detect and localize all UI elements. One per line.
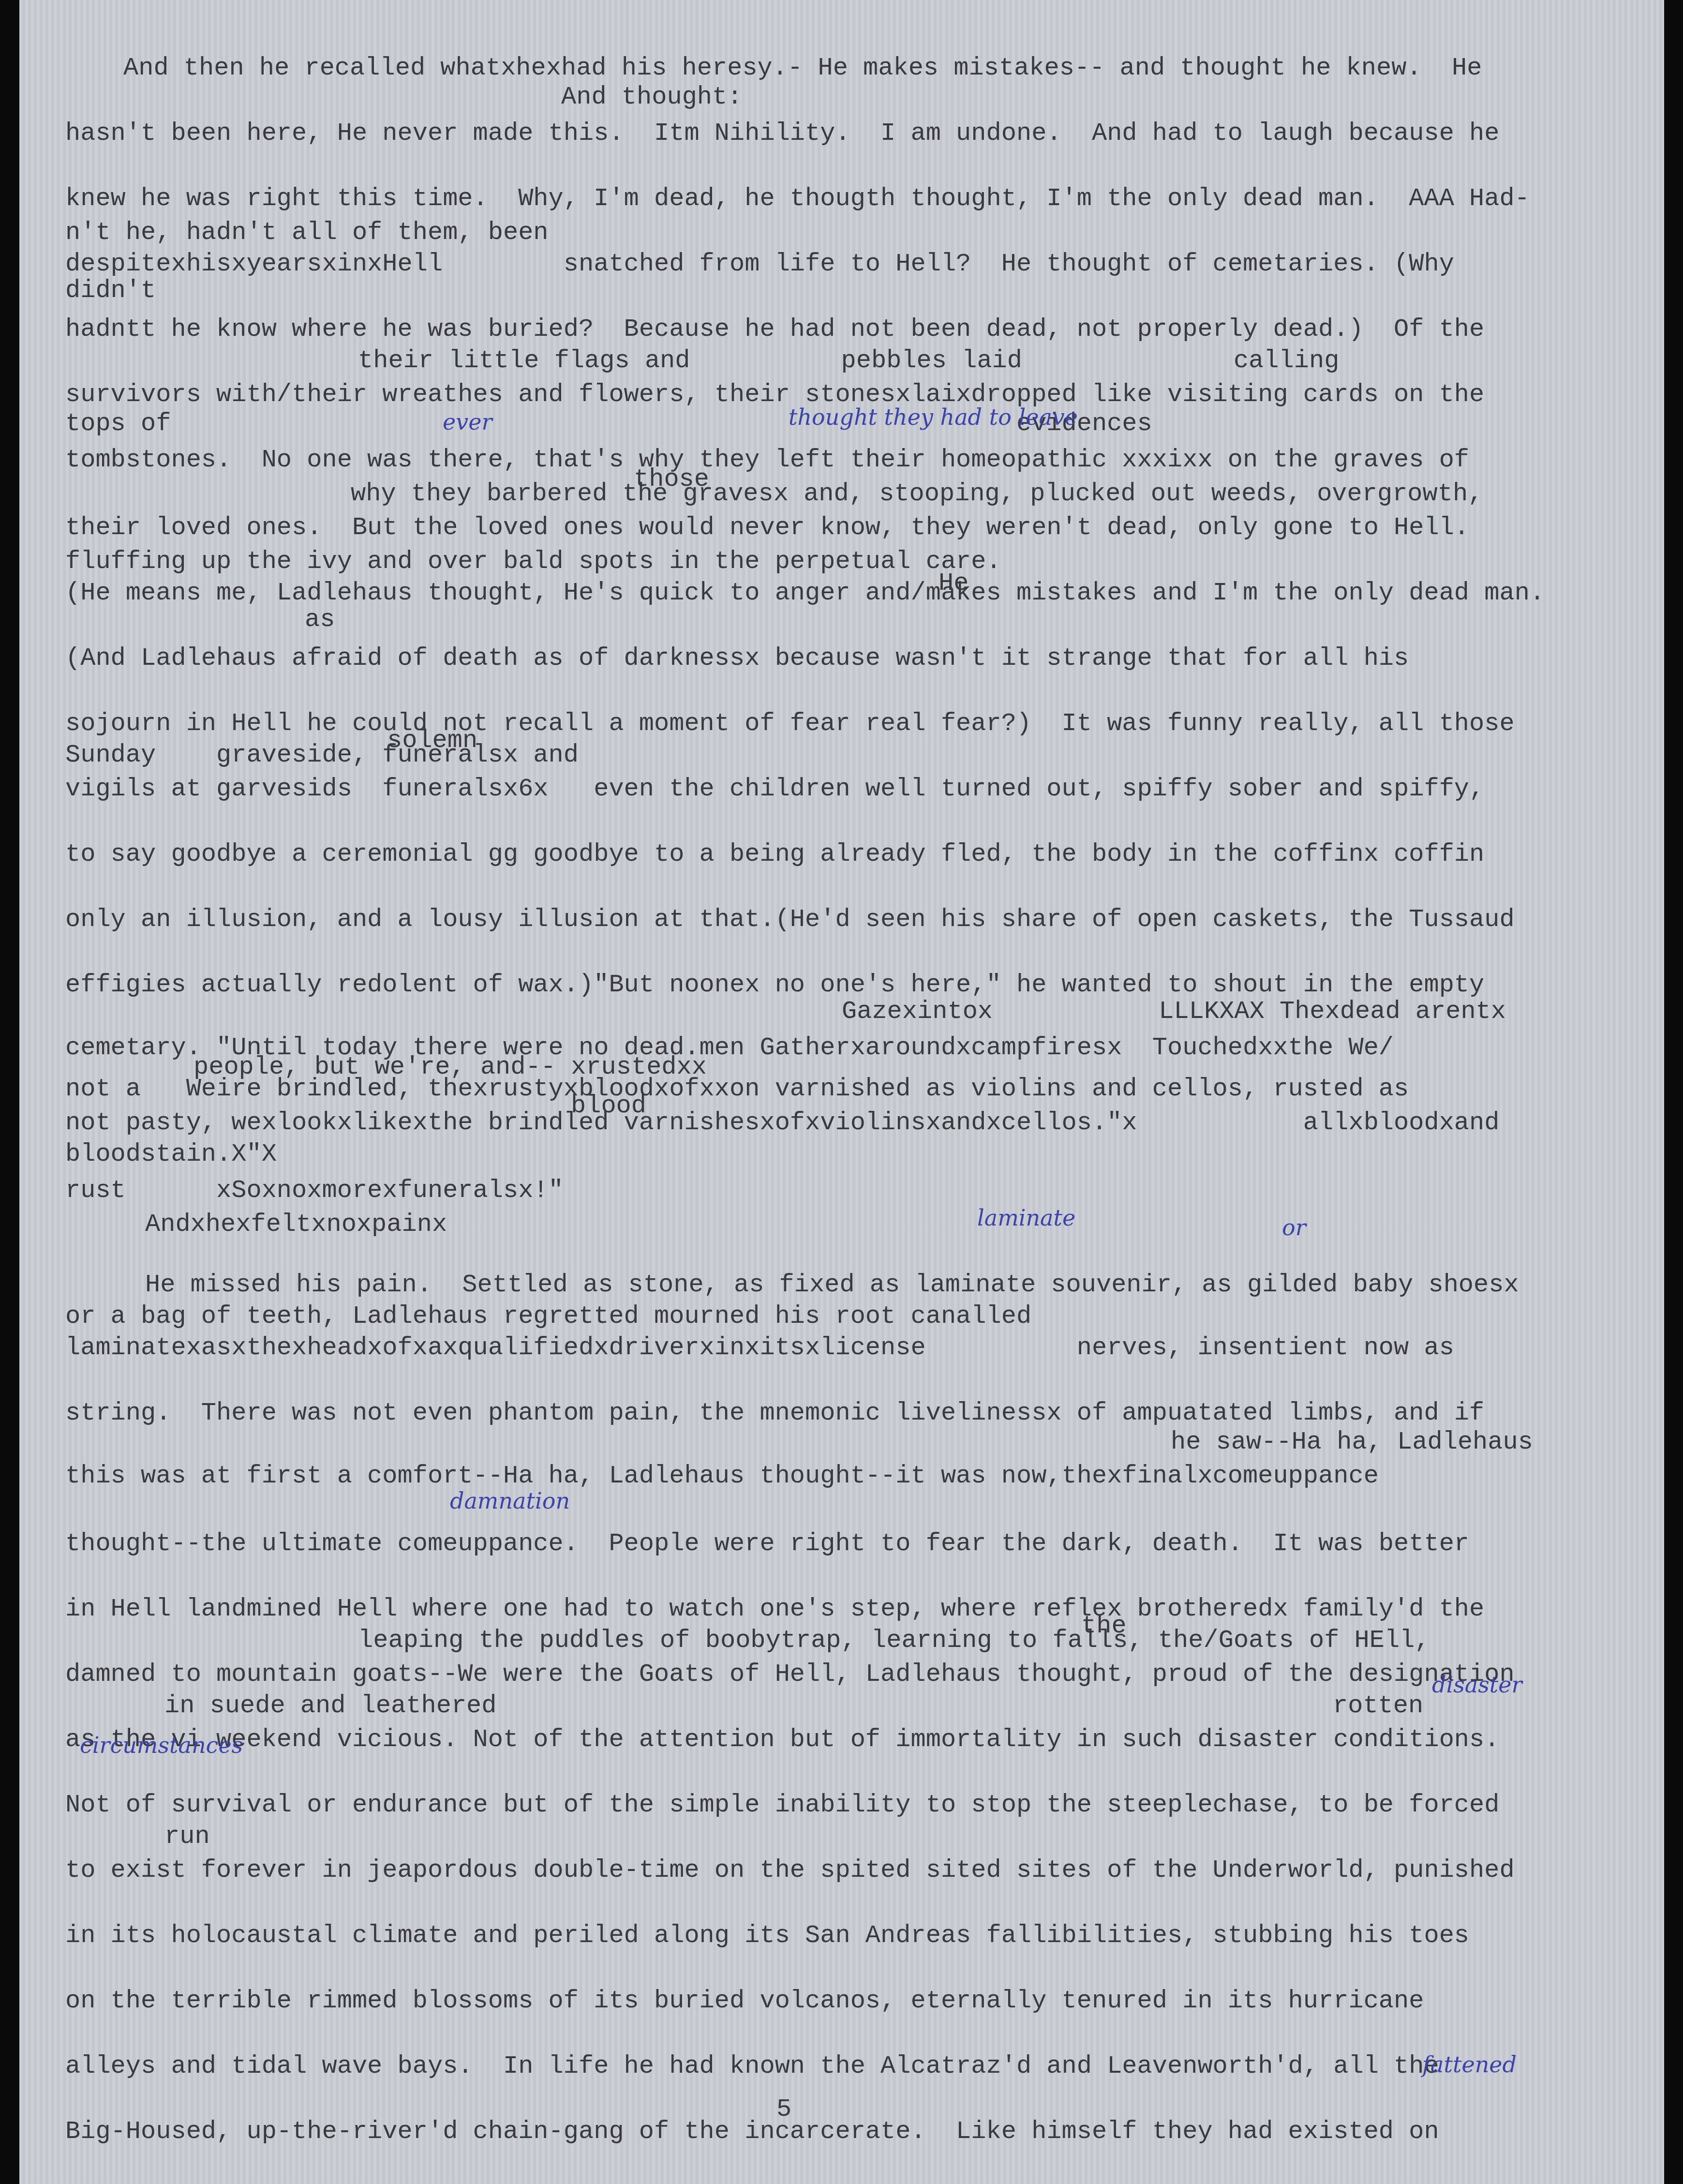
typed-line: effigies actually redolent of wax.)"But … (65, 972, 1484, 998)
typed-line: (And Ladlehaus afraid of death as of dar… (65, 646, 1409, 671)
typed-line: in suede and leathered (164, 1693, 497, 1719)
handwritten-annotation: disaster (1432, 1672, 1522, 1698)
typed-line: why they barbered the gravesx and, stoop… (351, 481, 1483, 507)
typed-line: rust xSoxnoxmorexfuneralsx!" (65, 1178, 564, 1203)
typed-line: or a bag of teeth, Ladlehaus regretted m… (65, 1304, 1031, 1329)
typed-line: to say goodbye a ceremonial gg goodbye t… (65, 842, 1484, 867)
typed-line: leaping the puddles of boobytrap, learni… (358, 1628, 1430, 1653)
typed-line: bloodstain.X"X (65, 1142, 277, 1167)
typed-line: Big-Housed, up-the-river'd chain-gang of… (65, 2119, 1439, 2144)
typed-line: hadntt he know where he was buried? Beca… (65, 317, 1484, 342)
typed-line: And then he recalled whatxhexhad his her… (123, 56, 1482, 81)
typed-line: string. There was not even phantom pain,… (65, 1401, 1484, 1426)
page-number: 5 (776, 2095, 791, 2124)
typed-line: hasn't been here, He never made this. It… (65, 121, 1499, 146)
typed-line: tombstones. No one was there, that's why… (65, 448, 1469, 473)
typed-line: only an illusion, and a lousy illusion a… (65, 907, 1515, 932)
typed-line: Sunday graveside, funeralsx and (65, 743, 579, 768)
typed-line: Not of survival or endurance but of the … (65, 1793, 1499, 1818)
handwritten-annotation: fattened (1422, 2051, 1517, 2078)
typed-line: Andxhexfeltxnoxpainx (145, 1212, 447, 1237)
handwritten-annotation: circumstances (80, 1732, 243, 1758)
typed-line: run (164, 1824, 210, 1849)
typed-line: survivors with/their wreathes and flower… (65, 382, 1484, 407)
typed-line: (He means me, Ladlehaus thought, He's qu… (65, 581, 1545, 606)
handwritten-annotation: damnation (450, 1488, 570, 1514)
typed-line: not a Weire brindled, thexrustyxbloodxof… (65, 1077, 1409, 1102)
typed-line: knew he was right this time. Why, I'm de… (65, 186, 1530, 211)
handwritten-annotation: thought they had to leave (789, 404, 1078, 430)
manuscript-page: And then he recalled whatxhexhad his her… (19, 0, 1664, 2184)
typed-line: as (305, 607, 335, 632)
typed-line: n't he, hadn't all of them, been (65, 220, 549, 245)
typed-line: their little flags and pebbles laid call… (358, 348, 1339, 374)
typed-line: in Hell landmined Hell where one had to … (65, 1597, 1484, 1622)
typed-line: thought--the ultimate comeuppance. Peopl… (65, 1531, 1469, 1556)
typed-line: And thought: (561, 85, 742, 110)
typed-line: their loved ones. But the loved ones wou… (65, 515, 1469, 540)
typed-line: not pasty, wexlookxlikexthe brindled var… (65, 1110, 1499, 1136)
typed-line: He missed his pain. Settled as stone, as… (145, 1272, 1519, 1298)
typed-line: vigils at garvesids funeralsx6x even the… (65, 777, 1484, 802)
typed-line: fluffing up the ivy and over bald spots … (65, 549, 1001, 574)
handwritten-annotation: laminate (977, 1205, 1075, 1231)
typed-line: to exist forever in jeapordous double-ti… (65, 1858, 1515, 1883)
typed-line: alleys and tidal wave bays. In life he h… (65, 2054, 1439, 2079)
handwritten-annotation: ever (443, 409, 492, 435)
handwritten-annotation: or (1282, 1214, 1306, 1241)
typed-line: didn't (65, 278, 156, 303)
typed-line: damned to mountain goats--We were the Go… (65, 1662, 1515, 1687)
typed-line: on the terrible rimmed blossoms of its b… (65, 1989, 1424, 2014)
typed-line: he saw--Ha ha, Ladlehaus (1171, 1430, 1533, 1455)
typed-line: despitexhisxyearsxinxHell snatched from … (65, 252, 1454, 277)
typed-line: Gazexintox LLLKXAX Thexdead arentx (842, 999, 1506, 1024)
typed-line: this was at first a comfort--Ha ha, Ladl… (65, 1464, 1379, 1489)
typed-line: rotten (1333, 1693, 1423, 1719)
typed-line: sojourn in Hell he could not recall a mo… (65, 711, 1515, 736)
typed-line: as the vi weekend vicious. Not of the at… (65, 1727, 1499, 1752)
typed-line: laminatexasxthexheadxofxaxqualifiedxdriv… (65, 1335, 1454, 1361)
typed-line: in its holocaustal climate and periled a… (65, 1923, 1469, 1948)
